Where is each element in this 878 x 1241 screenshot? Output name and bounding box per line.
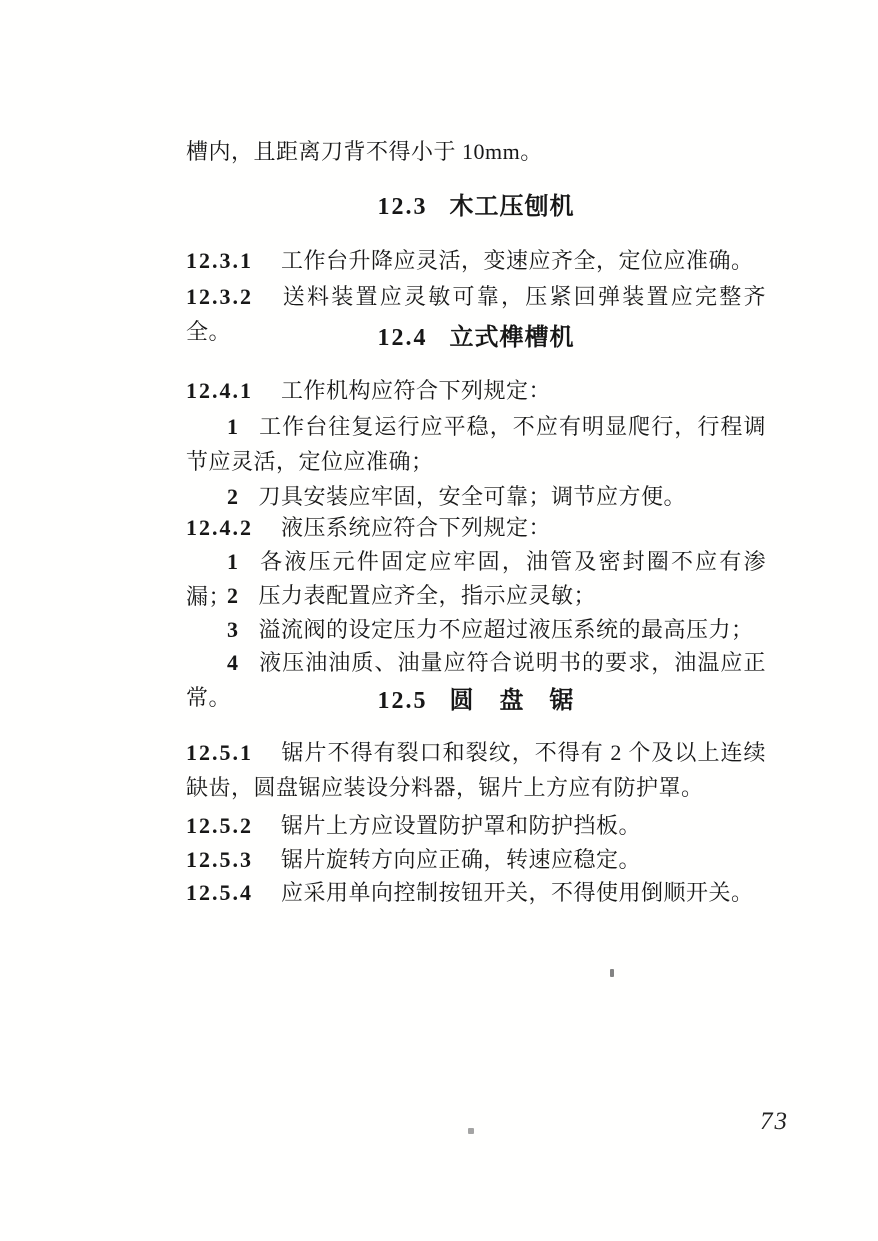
paragraph-continuation: 槽内，且距离刀背不得小于 10mm。 [186,134,766,169]
clause-number: 12.5.3 [186,847,253,872]
section-heading-12-4: 12.4立式榫槽机 [186,321,766,356]
clause-12-4-1-item-1: 1工作台往复运行应平稳，不应有明显爬行，行程调节应灵活，定位应准确； [186,409,766,479]
document-page: 槽内，且距离刀背不得小于 10mm。 12.3木工压刨机 12.3.1工作台升降… [0,0,878,1241]
clause-12-4-2-item-3: 3溢流阀的设定压力不应超过液压系统的最高压力； [186,612,766,647]
section-heading-12-5: 12.5圆 盘 锯 [186,684,766,719]
section-heading-12-3: 12.3木工压刨机 [186,190,766,225]
item-text: 溢流阀的设定压力不应超过液压系统的最高压力； [259,617,754,642]
scan-artifact-speck [468,1128,474,1134]
clause-12-5-3: 12.5.3锯片旋转方向应正确，转速应稳定。 [186,842,766,877]
clause-number: 12.5.4 [186,880,253,905]
clause-text: 工作台升降应灵活，变速应齐全，定位应准确。 [281,248,754,273]
clause-12-4-1-item-2: 2刀具安装应牢固，安全可靠；调节应方便。 [186,479,766,514]
clause-text: 应采用单向控制按钮开关，不得使用倒顺开关。 [281,880,754,905]
item-number: 3 [227,617,239,642]
item-number: 1 [227,549,239,574]
clause-12-5-2: 12.5.2锯片上方应设置防护罩和防护挡板。 [186,808,766,843]
clause-number: 12.4.1 [186,378,253,403]
clause-12-4-1: 12.4.1工作机构应符合下列规定： [186,373,766,408]
section-title: 木工压刨机 [450,194,575,220]
clause-text: 锯片旋转方向应正确，转速应稳定。 [281,847,641,872]
scan-artifact-speck [610,969,614,977]
section-number: 12.5 [378,688,428,714]
item-number: 4 [227,650,239,675]
clause-12-4-2: 12.4.2液压系统应符合下列规定： [186,510,766,545]
clause-number: 12.5.1 [186,740,253,765]
section-title: 圆 盘 锯 [450,688,575,714]
section-number: 12.4 [378,325,428,351]
item-number: 2 [227,484,239,509]
item-text: 工作台往复运行应平稳，不应有明显爬行，行程调节应灵活，定位应准确； [186,414,766,474]
item-number: 1 [227,414,239,439]
clause-text: 锯片上方应设置防护罩和防护挡板。 [281,813,641,838]
clause-text: 液压系统应符合下列规定： [281,515,551,540]
clause-number: 12.4.2 [186,515,253,540]
clause-12-4-2-item-2: 2压力表配置应齐全，指示应灵敏； [186,578,766,613]
clause-12-5-4: 12.5.4应采用单向控制按钮开关，不得使用倒顺开关。 [186,875,766,910]
item-number: 2 [227,583,239,608]
clause-12-3-1: 12.3.1工作台升降应灵活，变速应齐全，定位应准确。 [186,243,766,278]
section-title: 立式榫槽机 [450,325,575,351]
clause-number: 12.3.2 [186,284,253,309]
clause-number: 12.5.2 [186,813,253,838]
section-number: 12.3 [378,194,428,220]
item-text: 压力表配置应齐全，指示应灵敏； [259,583,597,608]
clause-text: 锯片不得有裂口和裂纹，不得有 2 个及以上连续缺齿，圆盘锯应装设分料器，锯片上方… [186,740,766,800]
page-number: 73 [760,1108,789,1136]
clause-number: 12.3.1 [186,248,253,273]
clause-text: 工作机构应符合下列规定： [281,378,551,403]
item-text: 刀具安装应牢固，安全可靠；调节应方便。 [259,484,687,509]
clause-12-5-1: 12.5.1锯片不得有裂口和裂纹，不得有 2 个及以上连续缺齿，圆盘锯应装设分料… [186,735,766,805]
